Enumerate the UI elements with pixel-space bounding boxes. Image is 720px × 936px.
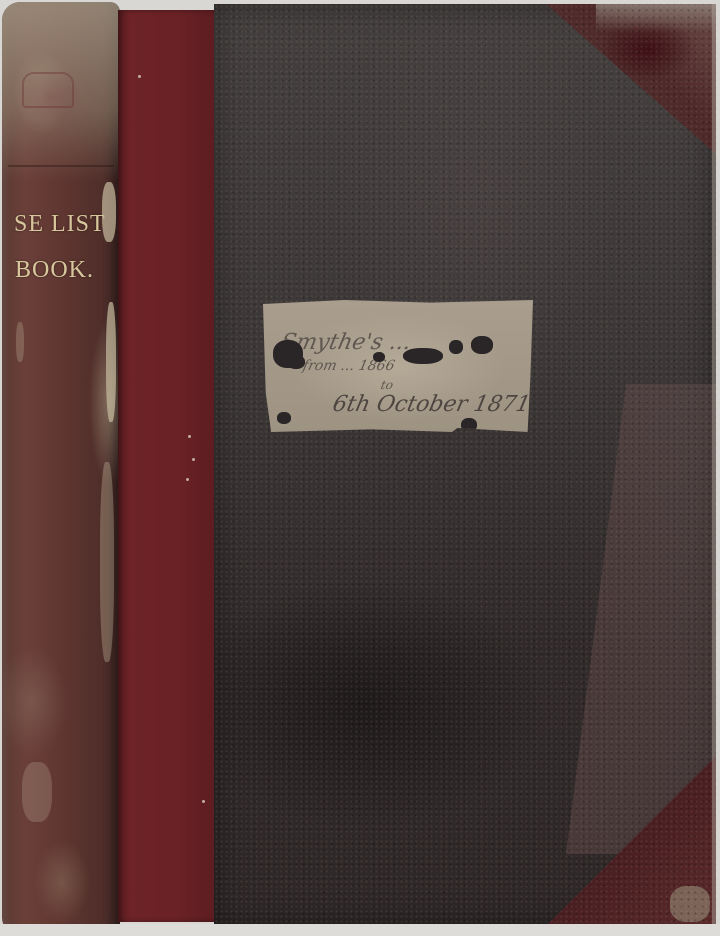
label-line: to	[380, 378, 395, 392]
speck	[192, 458, 195, 461]
ink-blot	[373, 352, 385, 362]
ink-blot	[471, 336, 493, 354]
speck	[188, 435, 191, 438]
spine-wear	[102, 182, 116, 242]
board-edge	[712, 4, 716, 926]
speck	[202, 800, 205, 803]
spine-band	[8, 165, 114, 167]
ink-blot	[449, 340, 463, 354]
spine-wear	[16, 322, 24, 362]
speck	[186, 478, 189, 481]
label-line: 6th October 1871	[330, 392, 532, 417]
paper-label: Smythe's ... from ... 1866 to 6th Octobe…	[263, 300, 533, 432]
speck	[138, 75, 141, 78]
ink-blot	[287, 355, 305, 369]
spine-wear	[22, 762, 52, 822]
ink-blot	[403, 348, 443, 364]
background-surface	[0, 924, 720, 936]
corner-wear	[670, 886, 710, 922]
spine-title-line2: BOOK.	[15, 257, 94, 284]
book-spine: SE LIST BOOK.	[2, 2, 120, 934]
corner-wear	[596, 4, 716, 32]
crown-icon	[22, 72, 74, 108]
spine-wear	[100, 462, 114, 662]
book-photo: SE LIST BOOK. Smythe's ... from ... 1866…	[0, 0, 720, 936]
spine-wear	[106, 302, 116, 422]
red-cloth-hinge	[118, 10, 218, 922]
spine-title-line1: SE LIST	[14, 211, 106, 238]
front-board	[214, 4, 716, 926]
ink-blot	[277, 412, 291, 424]
